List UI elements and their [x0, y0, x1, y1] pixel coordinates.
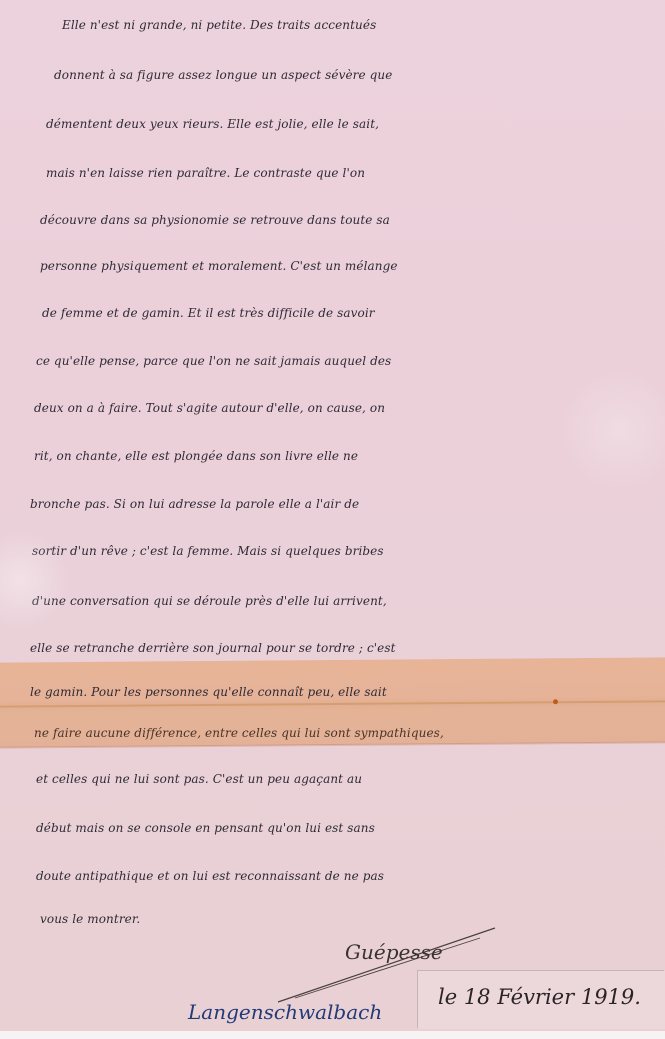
text-line: ce qu'elle pense, parce que l'on ne sait… — [36, 354, 665, 368]
date: le 18 Février 1919. — [438, 985, 641, 1009]
text-line: découvre dans sa physionomie se retrouve… — [40, 213, 665, 227]
text-line: personne physiquement et moralement. C'e… — [40, 259, 665, 273]
text-line: d'une conversation qui se déroule près d… — [32, 594, 665, 608]
text-line: le gamin. Pour les personnes qu'elle con… — [30, 685, 665, 699]
place-name: Langenschwalbach — [188, 1000, 382, 1024]
text-line: rit, on chante, elle est plongée dans so… — [34, 449, 665, 463]
text-line: doute antipathique et on lui est reconna… — [36, 869, 665, 883]
text-line: deux on a à faire. Tout s'agite autour d… — [34, 401, 665, 415]
text-line: et celles qui ne lui sont pas. C'est un … — [36, 772, 665, 786]
text-line: début mais on se console en pensant qu'o… — [36, 821, 665, 835]
text-line: de femme et de gamin. Et il est très dif… — [42, 306, 665, 320]
text-line: elle se retranche derrière son journal p… — [30, 641, 665, 655]
tape-crease — [0, 700, 665, 707]
text-line: démentent deux yeux rieurs. Elle est jol… — [46, 117, 665, 131]
text-line-taped: ne faire aucune différence, entre celles… — [34, 726, 665, 740]
stain-spot — [553, 699, 558, 704]
signature: Guépesse — [345, 940, 443, 964]
text-line: Elle n'est ni grande, ni petite. Des tra… — [62, 18, 665, 32]
text-line: bronche pas. Si on lui adresse la parole… — [30, 497, 665, 511]
letter-page: Elle n'est ni grande, ni petite. Des tra… — [0, 0, 665, 1031]
date-paper-slip: le 18 Février 1919. — [418, 971, 665, 1029]
text-line: donnent à sa figure assez longue un aspe… — [54, 68, 665, 82]
text-line: sortir d'un rêve ; c'est la femme. Mais … — [32, 544, 665, 558]
text-line: mais n'en laisse rien paraître. Le contr… — [46, 166, 665, 180]
